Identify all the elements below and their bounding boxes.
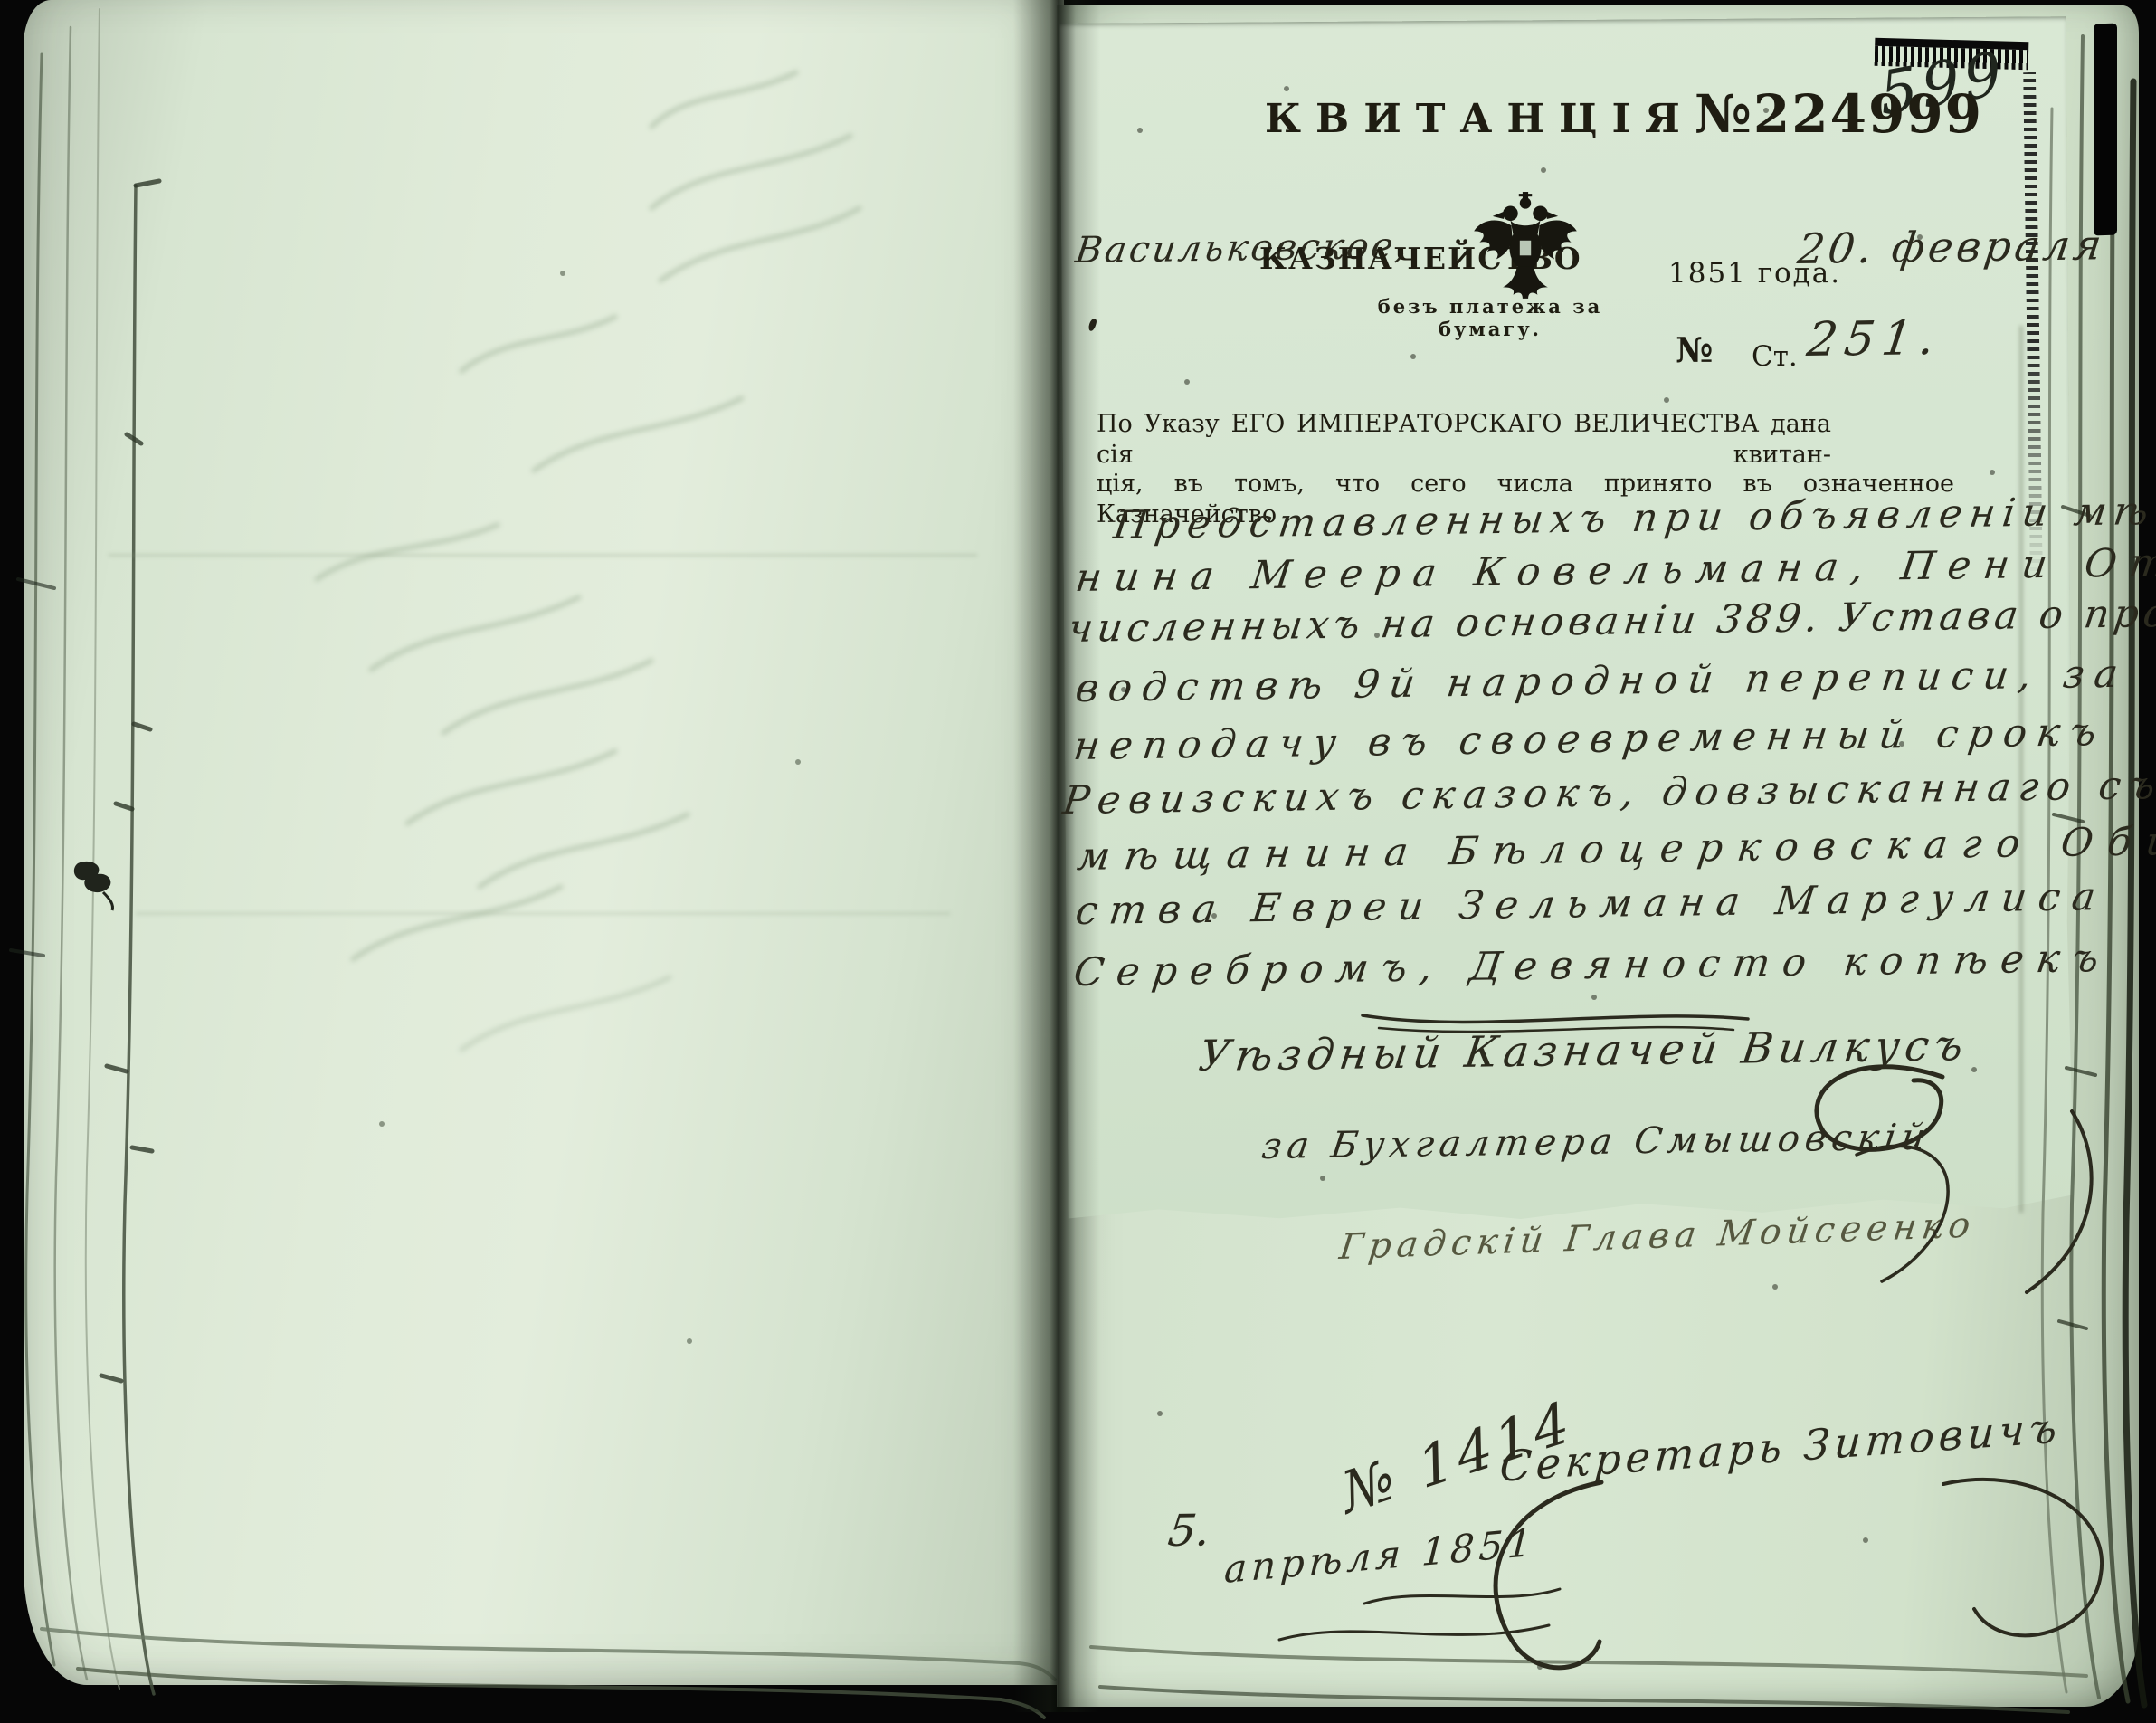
left-page-crease <box>109 554 977 557</box>
right-margin-flourish <box>2010 1106 2110 1300</box>
secretary-signature-loop <box>1918 1473 2122 1665</box>
paper-specks <box>0 0 4 4</box>
imperial-double-headed-eagle-icon <box>1469 192 1581 302</box>
receipt-title-word: КВИТАНЦІЯ <box>1265 96 1695 142</box>
article-value-handwritten: 251. <box>1804 311 1945 367</box>
date-handwritten: 20. февраля <box>1795 220 2108 273</box>
docket-day: 5. <box>1165 1505 1213 1556</box>
receipt-title-number: №224999 <box>1695 83 1983 145</box>
ink-splatter <box>67 849 130 912</box>
decree-line-1: По Указу ЕГО ИМПЕРАТОРСКАГО ВЕЛИЧЕСТВА д… <box>1097 409 1831 471</box>
black-clip-mark <box>2094 24 2117 236</box>
number-sign: № <box>1676 329 1713 370</box>
article-label: Ст. <box>1752 340 1798 373</box>
bottom-page-stack-edges <box>24 1593 2141 1723</box>
receipt-title: КВИТАНЦІЯ№224999 <box>1265 83 1889 145</box>
left-page-crease <box>136 912 950 915</box>
archival-book-photo: 599 КВИТАНЦІЯ№224999 Васильковское, КАЗН… <box>0 0 2156 1723</box>
amount-underline-flourish <box>1357 1006 1755 1037</box>
accountant-signature-tail <box>1846 1133 1963 1287</box>
secretary-signature-flourish <box>1464 1473 1613 1686</box>
bleed-through-writing <box>109 18 1013 1195</box>
paper-fee-note: безъ платежа за бумагу. <box>1368 295 1612 340</box>
